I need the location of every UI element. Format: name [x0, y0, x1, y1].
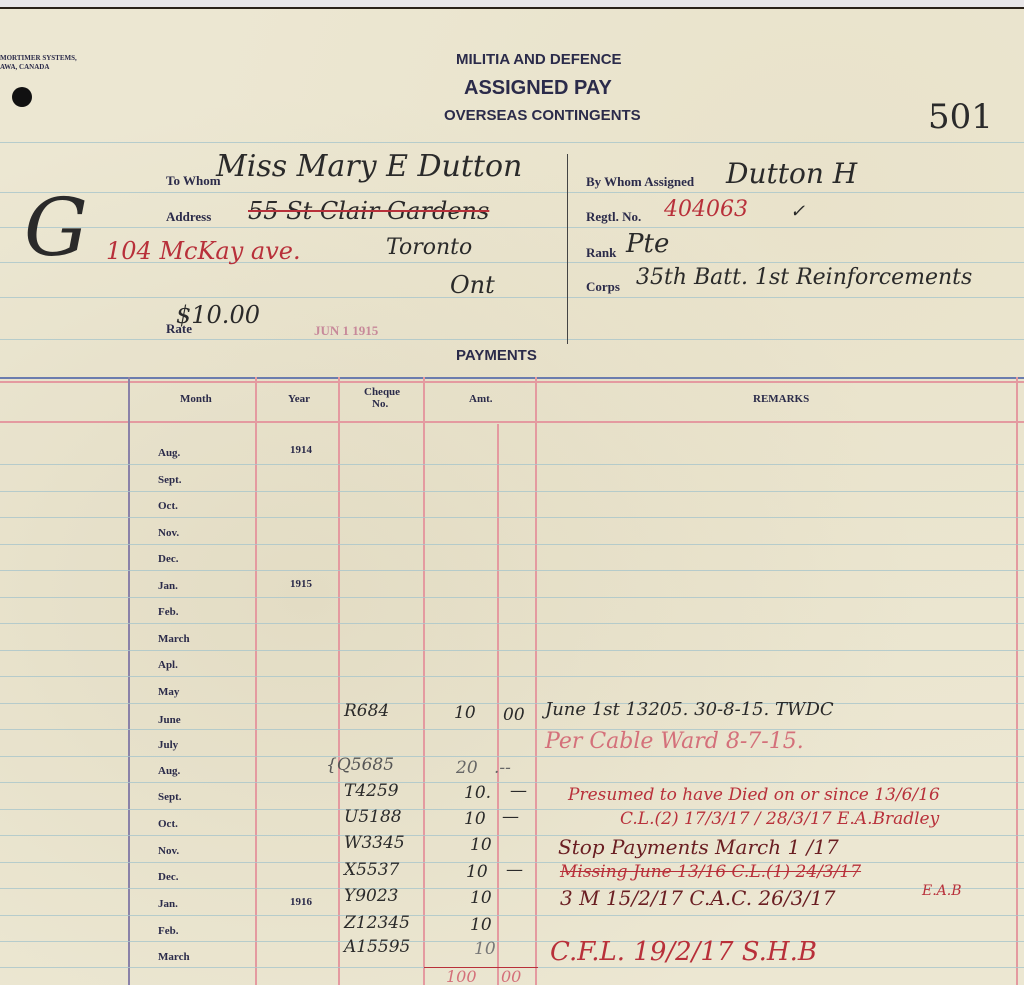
address-struck: 55 St Clair Gardens: [248, 197, 489, 225]
ruled-line: [0, 142, 1024, 143]
rank-value: Pte: [626, 229, 669, 259]
cheque-cell: A15595: [344, 937, 410, 957]
corps-label: Corps: [586, 279, 620, 295]
col-header-remarks: REMARKS: [753, 393, 809, 405]
printer-line-1: MORTIMER SYSTEMS,: [0, 54, 77, 62]
month-cell: Dec.: [158, 553, 178, 565]
amt-cell: 10: [464, 809, 486, 829]
rate-value: $10.00: [176, 301, 260, 329]
col-divider: [1016, 377, 1018, 985]
document-page: MORTIMER SYSTEMS, AWA, CANADA MILITIA AN…: [0, 7, 1024, 985]
ruled-line: [0, 339, 1024, 340]
margin-mark: G: [24, 181, 88, 274]
year-cell: 1914: [290, 444, 312, 456]
title-sub: OVERSEAS CONTINGENTS: [444, 107, 641, 124]
amt-cell: 10: [474, 939, 496, 959]
address-new: 104 McKay ave.: [106, 237, 301, 265]
year-cell: 1916: [290, 896, 312, 908]
cents-cell: —: [506, 860, 523, 880]
cheque-cell: U5188: [344, 807, 402, 827]
col-divider: [128, 377, 130, 985]
month-cell: Feb.: [158, 606, 178, 618]
title-top: MILITIA AND DEFENCE: [456, 51, 622, 68]
amt-cell: 10: [470, 888, 492, 908]
remark-7: 3 M 15/2/17 C.A.C. 26/3/17: [560, 886, 836, 910]
payments-title: PAYMENTS: [456, 347, 537, 364]
header-bottom-border: [0, 421, 1024, 423]
remark-3: Presumed to have Died on or since 13/6/1…: [568, 785, 940, 805]
date-stamp: JUN 1 1915: [314, 323, 378, 339]
month-cell: Nov.: [158, 845, 179, 857]
by-whom-value: Dutton H: [726, 157, 857, 190]
col-divider: [535, 377, 537, 985]
month-cell: Feb.: [158, 925, 178, 937]
remark-4: C.L.(2) 17/3/17 / 28/3/17 E.A.Bradley: [620, 809, 939, 829]
remark-2: Per Cable Ward 8-7-15.: [545, 729, 804, 754]
month-cell: March: [158, 951, 190, 963]
cents-divider: [497, 424, 499, 985]
rank-label: Rank: [586, 245, 616, 261]
cheque-cell: T4259: [344, 781, 399, 801]
address-label: Address: [166, 209, 211, 225]
remark-5: Stop Payments March 1 /17: [558, 835, 839, 859]
col-header-cheque-1: Cheque: [364, 386, 400, 398]
month-cell: July: [158, 739, 178, 751]
corps-value: 35th Batt. 1st Reinforcements: [636, 265, 972, 290]
month-cell: Sept.: [158, 474, 182, 486]
cents-cell: 00: [503, 705, 525, 725]
title-main: ASSIGNED PAY: [464, 77, 612, 100]
month-cell: Oct.: [158, 818, 178, 830]
cheque-cell: X5537: [344, 860, 399, 880]
cheque-cell: Y9023: [344, 886, 399, 906]
col-header-amt: Amt.: [469, 393, 493, 405]
cents-cell: .--: [494, 758, 511, 778]
amt-cell: 10: [470, 915, 492, 935]
section-divider: [567, 154, 568, 344]
check-mark: ✓: [790, 201, 805, 222]
month-cell: March: [158, 633, 190, 645]
month-cell: Jan.: [158, 898, 178, 910]
month-cell: Jan.: [158, 580, 178, 592]
month-cell: Nov.: [158, 527, 179, 539]
col-header-month: Month: [180, 393, 212, 405]
col-header-year: Year: [288, 393, 310, 405]
month-cell: Sept.: [158, 791, 182, 803]
ruled-line: [0, 297, 1024, 298]
total-amt: 100: [446, 967, 477, 985]
cheque-cell: Z12345: [344, 913, 410, 933]
month-cell: Aug.: [158, 765, 180, 777]
by-whom-label: By Whom Assigned: [586, 174, 694, 190]
remark-8: C.F.L. 19/2/17 S.H.B: [550, 937, 817, 967]
month-cell: Aug.: [158, 447, 180, 459]
month-cell: Apl.: [158, 659, 178, 671]
remark-1: June 1st 13205. 30-8-15. TWDC: [545, 699, 834, 720]
file-number: 501: [928, 97, 993, 137]
col-divider: [423, 377, 425, 985]
month-cell: Dec.: [158, 871, 178, 883]
ruled-line: [0, 227, 1024, 228]
regtl-value: 404063: [664, 197, 748, 222]
amt-cell: 10: [454, 703, 476, 723]
amt-cell: 10: [470, 835, 492, 855]
year-cell: 1915: [290, 578, 312, 590]
col-divider: [255, 377, 257, 985]
province: Ont: [450, 271, 495, 299]
month-cell: June: [158, 714, 181, 726]
cents-cell: —: [510, 781, 527, 801]
cheque-cell: {Q5685: [326, 755, 394, 775]
col-divider: [338, 377, 340, 985]
cents-cell: —: [502, 807, 519, 827]
city: Toronto: [386, 235, 472, 260]
table-top-border-red: [0, 381, 1024, 383]
regtl-label: Regtl. No.: [586, 209, 641, 225]
amt-cell: 20: [456, 758, 478, 778]
punch-hole: [12, 87, 32, 107]
to-whom-value: Miss Mary E Dutton: [216, 149, 522, 184]
total-cents: 00: [501, 967, 521, 985]
month-cell: May: [158, 686, 179, 698]
printer-line-2: AWA, CANADA: [0, 63, 49, 71]
month-cell: Oct.: [158, 500, 178, 512]
ruled-line: [0, 192, 1024, 193]
amt-cell: 10: [466, 862, 488, 882]
cheque-cell: W3345: [344, 833, 405, 853]
remark-7-initials: E.A.B: [922, 883, 962, 899]
remark-6: Missing June 13/16 C.L.(1) 24/3/17: [560, 862, 861, 882]
amt-cell: 10.: [464, 783, 491, 803]
to-whom-label: To Whom: [166, 173, 221, 189]
col-header-cheque-2: No.: [372, 398, 388, 410]
cheque-cell: R684: [344, 701, 389, 721]
table-top-border: [0, 377, 1024, 379]
